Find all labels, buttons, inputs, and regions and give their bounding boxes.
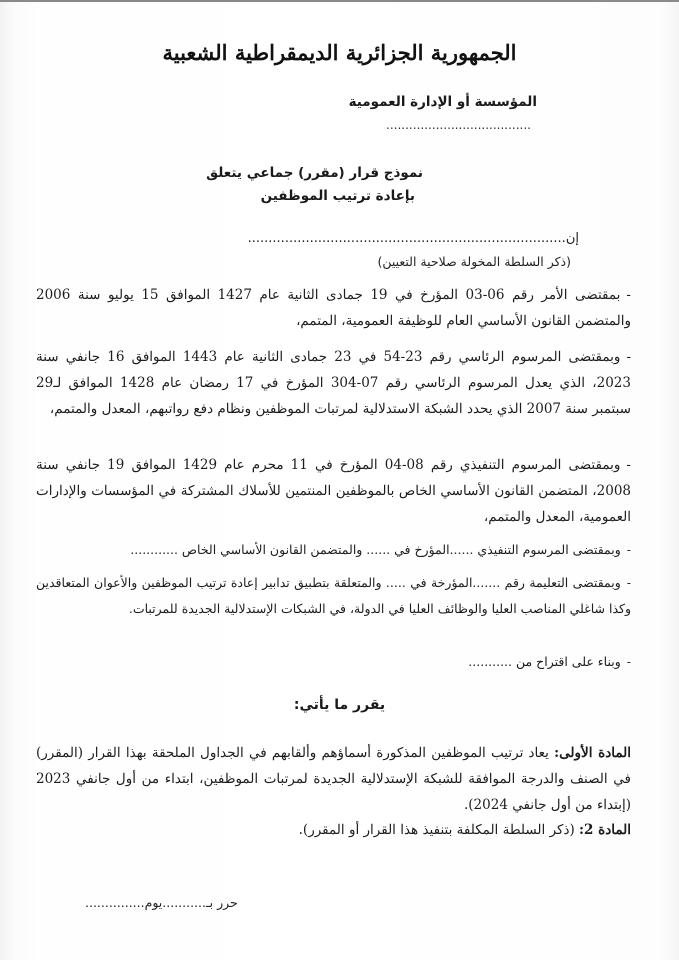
consideration-text: بمقتضى الأمر رقم 06-03 المؤرخ في 19 جماد…: [36, 287, 631, 329]
model-subtitle: بإعادة ترتيب الموظفين: [261, 188, 415, 204]
signoff-place-date: حرر بـ...........يوم...............: [85, 895, 238, 910]
consideration-text: وبمقتضى التعليمة رقم .......المؤرخة في .…: [36, 575, 631, 616]
document-page: الجمهورية الجزائرية الديمقراطية الشعبية …: [0, 0, 679, 960]
bullet-dash: -: [626, 349, 631, 365]
article-label: المادة 2:: [579, 822, 631, 838]
bullet-dash: -: [627, 654, 631, 669]
appointing-authority-line: إن......................................…: [248, 231, 579, 246]
consideration-text: وبمقتضى المرسوم التنفيذي ......المؤرخ في…: [130, 542, 620, 557]
consideration-item: -وبمقتضى المرسوم التنفيذي رقم 08-04 المؤ…: [36, 452, 631, 530]
article-first: المادة الأولى: يعاد ترتيب الموظفين المذك…: [36, 740, 631, 818]
authority-note: (ذكر السلطة المخولة صلاحية التعيين): [377, 254, 571, 269]
consideration-text: وبناء على اقتراح من ...........: [468, 654, 620, 669]
model-title: نموذج قرار (مقرر) جماعي يتعلق: [206, 165, 423, 181]
bullet-dash: -: [627, 542, 631, 557]
consideration-text: وبمقتضى المرسوم الرئاسي رقم 23-54 في 23 …: [36, 349, 631, 417]
consideration-item: -وبمقتضى التعليمة رقم .......المؤرخة في …: [36, 570, 631, 622]
institution-blank: ......................................: [386, 118, 531, 132]
republic-header: الجمهورية الجزائرية الديمقراطية الشعبية: [0, 40, 679, 65]
authority-blank: ........................................…: [248, 231, 566, 246]
decree-heading: يقرر ما يأتي:: [0, 697, 679, 713]
bullet-dash: -: [626, 287, 631, 303]
inna-label: إن: [566, 231, 579, 246]
bullet-dash: -: [626, 457, 631, 473]
consideration-item: -وبمقتضى المرسوم الرئاسي رقم 23-54 في 23…: [36, 344, 631, 422]
consideration-item: -وبمقتضى المرسوم التنفيذي ......المؤرخ ف…: [36, 537, 631, 563]
bullet-dash: -: [627, 575, 631, 590]
consideration-item: -بمقتضى الأمر رقم 06-03 المؤرخ في 19 جما…: [36, 282, 631, 334]
article-second: المادة 2: (ذكر السلطة المكلفة بتنفيذ هذا…: [36, 817, 631, 843]
consideration-item: -وبناء على اقتراح من ...........: [36, 649, 631, 675]
article-text: (ذكر السلطة المكلفة بتنفيذ هذا القرار أو…: [299, 822, 579, 838]
article-label: المادة الأولى:: [554, 745, 631, 761]
institution-label: المؤسسة أو الإدارة العمومية: [349, 94, 537, 110]
consideration-text: وبمقتضى المرسوم التنفيذي رقم 08-04 المؤر…: [36, 457, 631, 525]
article-text: يعاد ترتيب الموظفين المذكورة أسماؤهم وأل…: [36, 745, 631, 813]
